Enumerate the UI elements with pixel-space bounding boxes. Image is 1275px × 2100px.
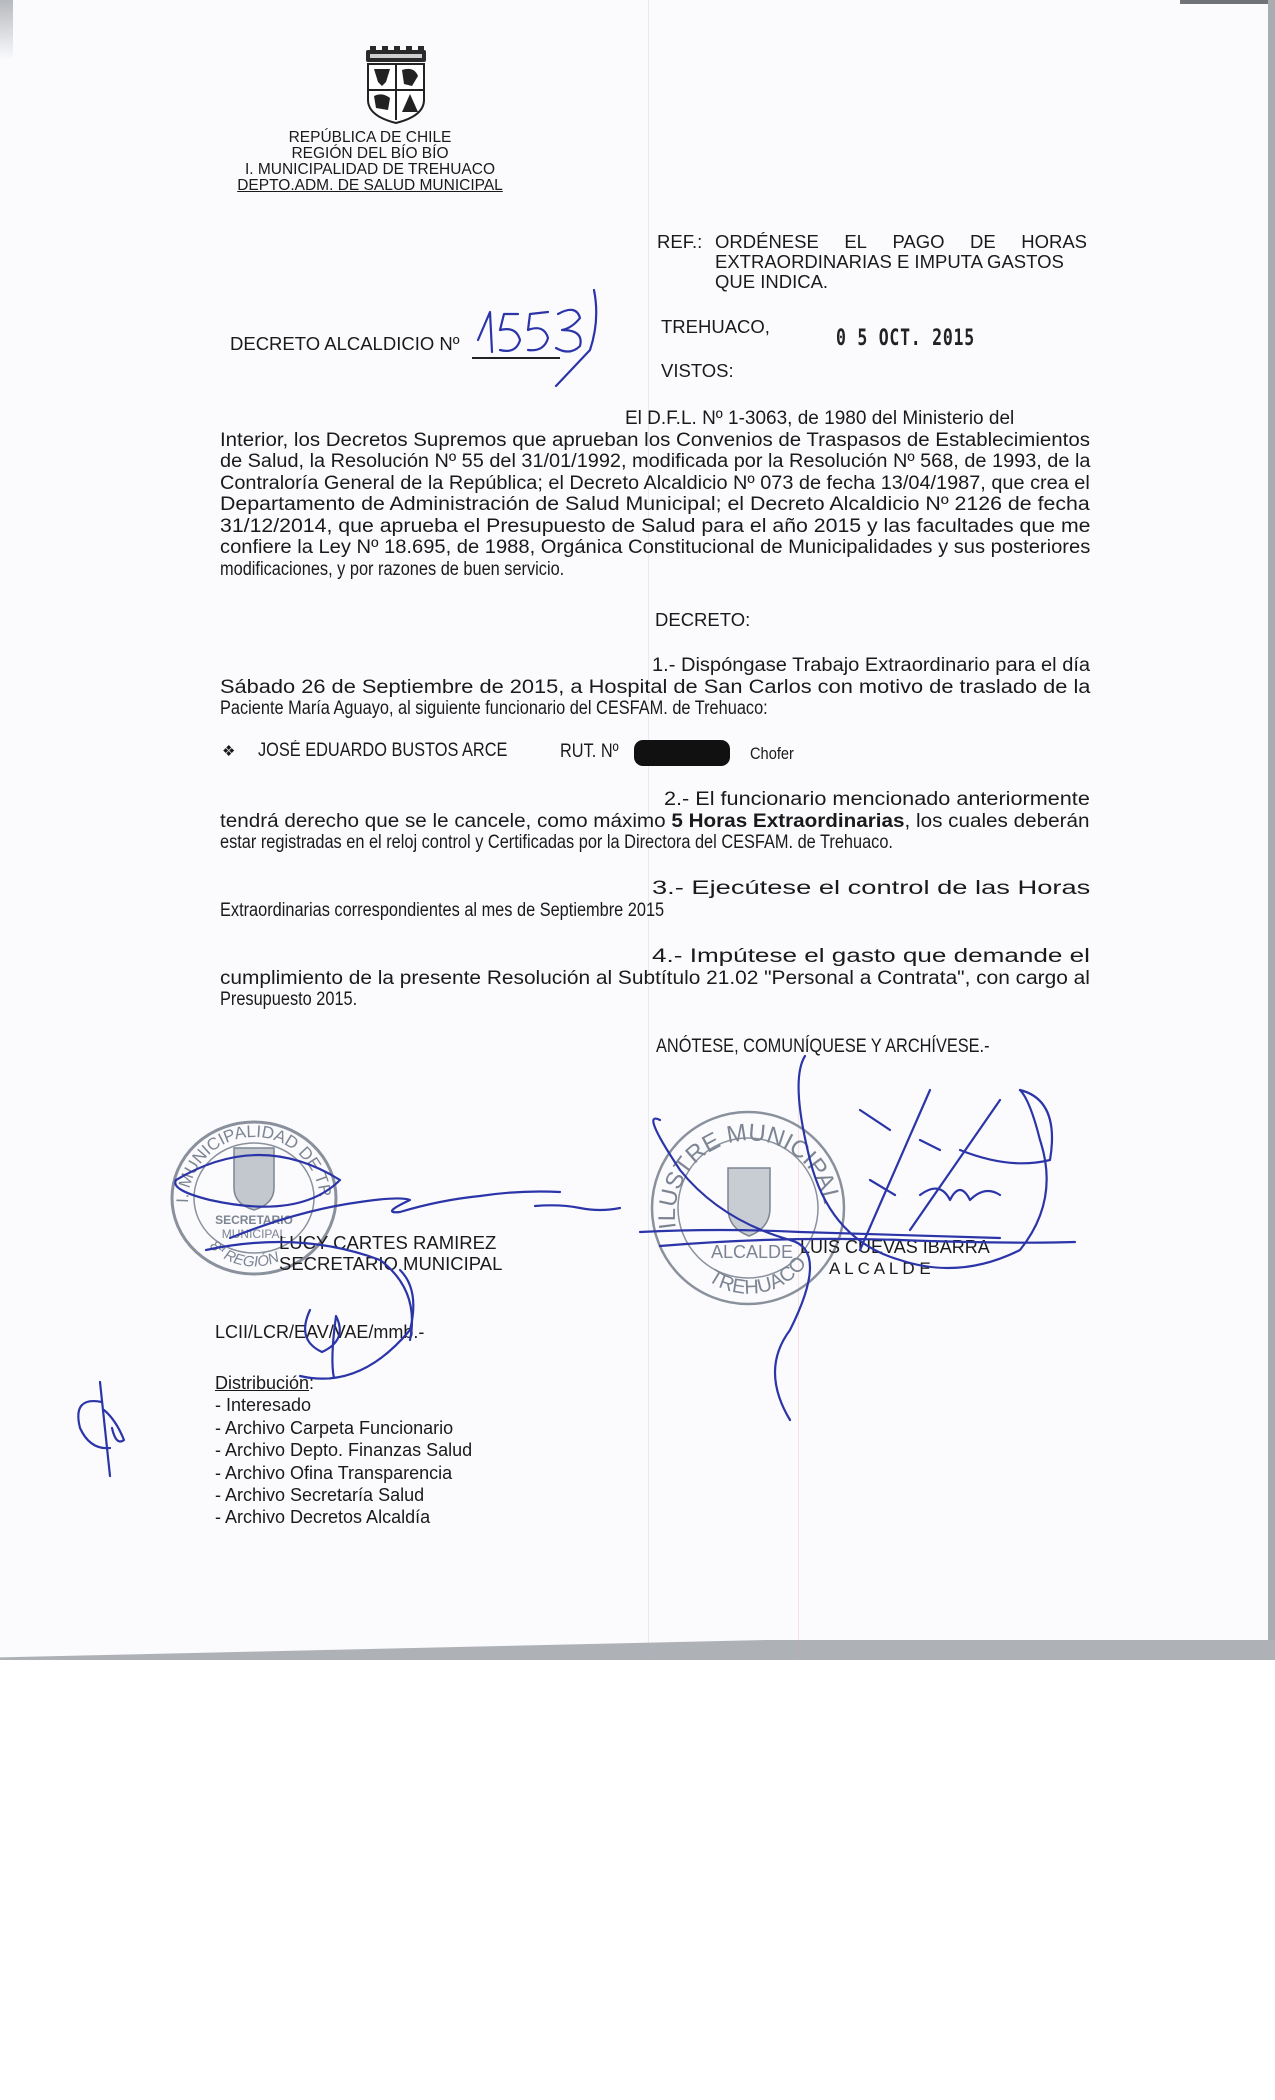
scan-edge-right	[1268, 0, 1275, 1660]
item-line: Extraordinarias correspondientes al mes …	[220, 900, 1090, 922]
institution-header: REPÚBLICA DE CHILE REGIÓN DEL BÍO BÍO I.…	[232, 130, 508, 194]
text-run: 3.- Ejecútese el control de las Horas	[652, 878, 1090, 900]
text-run: tendrá derecho que se le cancele, como m…	[220, 811, 1089, 833]
secretary-name: LUCY CARTES RAMIREZ	[279, 1232, 496, 1253]
item-line: cumplimiento de la presente Resolución a…	[220, 968, 1090, 990]
distribution-heading: Distribución:	[215, 1372, 472, 1394]
reference-line-1: ORDÉNESE EL PAGO DE HORAS	[715, 232, 1087, 252]
reference-line-2: EXTRAORDINARIAS E IMPUTA GASTOS	[715, 252, 1064, 272]
decreto-heading: DECRETO:	[655, 610, 750, 630]
mayor-seal-icon: ILUSTRE MUNICIPALIDAD TREHUACO ALCALDE	[648, 1108, 848, 1308]
item-line: 2.- El funcionario mencionado anteriorme…	[220, 789, 1090, 811]
vistos-line: de Salud, la Resolución Nº 55 del 31/01/…	[220, 451, 1090, 473]
item-line: Presupuesto 2015.	[220, 989, 1090, 1011]
employee-name: JOSÉ EDUARDO BUSTOS ARCE	[258, 741, 507, 761]
item-line: 1.- Dispóngase Trabajo Extraordinario pa…	[220, 655, 1090, 677]
ref-word: EL	[844, 232, 867, 252]
text-run: Extraordinarias correspondientes al mes …	[220, 900, 664, 922]
text-run: , los cuales deberán	[905, 811, 1090, 832]
mayor-title: A L C A L D E	[829, 1258, 931, 1279]
item-line: tendrá derecho que se le cancele, como m…	[220, 811, 1090, 833]
scan-edge-left	[0, 0, 13, 60]
distribution-list: Distribución: - Interesado - Archivo Car…	[215, 1372, 472, 1529]
employee-role: Chofer	[750, 744, 794, 764]
distribution-item: - Archivo Ofina Transparencia	[215, 1462, 472, 1484]
scan-edge-bottom	[0, 1640, 1275, 1660]
distribution-item: - Interesado	[215, 1394, 472, 1416]
reference-label: REF.:	[657, 232, 702, 252]
coat-of-arms-icon	[362, 46, 430, 124]
text-run: Contraloría General de la República; el …	[220, 473, 1090, 495]
ref-word: PAGO	[892, 232, 944, 252]
header-region: REGIÓN DEL BÍO BÍO	[232, 146, 508, 162]
item-line: Paciente María Aguayo, al siguiente func…	[220, 698, 1090, 720]
text-run: 2.- El funcionario mencionado anteriorme…	[664, 789, 1090, 811]
item-line: 3.- Ejecútese el control de las Horas	[220, 878, 1090, 900]
text-run: confiere la Ley Nº 18.695, de 1988, Orgá…	[220, 537, 1090, 559]
rut-label: RUT. Nº	[560, 742, 619, 762]
scan-edge-top	[1180, 0, 1275, 4]
svg-text:MUNICIPAL: MUNICIPAL	[222, 1227, 287, 1241]
rut-redaction	[634, 740, 730, 766]
secretary-title: SECRETARIO MUNICIPAL	[279, 1253, 502, 1274]
reference-line-3: QUE INDICA.	[715, 272, 828, 292]
ref-word: HORAS	[1021, 232, 1087, 252]
svg-text:SECRETARIO: SECRETARIO	[215, 1213, 293, 1227]
text-run: cumplimiento de la presente Resolución a…	[220, 968, 1090, 990]
decreto-item-4: 4.- Impútese el gasto que demande el cum…	[220, 946, 1090, 1011]
text-run: 31/12/2014, que aprueba el Presupuesto d…	[220, 516, 1091, 538]
vistos-line: 31/12/2014, que aprueba el Presupuesto d…	[220, 516, 1090, 538]
decreto-item-1: 1.- Dispóngase Trabajo Extraordinario pa…	[220, 655, 1090, 720]
vistos-line: El D.F.L. Nº 1-3063, de 1980 del Ministe…	[220, 408, 1090, 430]
vistos-line: Departamento de Administración de Salud …	[220, 494, 1090, 516]
decree-number-label: DECRETO ALCALDICIO Nº	[230, 334, 460, 354]
item-line: estar registradas en el reloj control y …	[220, 832, 1090, 854]
text-run: estar registradas en el reloj control y …	[220, 832, 893, 854]
item-line: Sábado 26 de Septiembre de 2015, a Hospi…	[220, 677, 1090, 699]
svg-text:ALCALDE: ALCALDE	[711, 1242, 793, 1262]
text-run: Interior, los Decretos Supremos que apru…	[220, 430, 1090, 452]
bold-text: 5 Horas Extraordinarias	[671, 811, 904, 832]
ref-word: ORDÉNESE	[715, 232, 819, 252]
text-run: 1.- Dispóngase Trabajo Extraordinario pa…	[652, 655, 1090, 677]
vistos-line: modificaciones, y por razones de buen se…	[220, 559, 1090, 581]
decreto-item-2: 2.- El funcionario mencionado anteriorme…	[220, 789, 1090, 854]
ref-word: DE	[970, 232, 996, 252]
closing-formula: ANÓTESE, COMUNÍQUESE Y ARCHÍVESE.-	[656, 1037, 990, 1057]
text-run: Paciente María Aguayo, al siguiente func…	[220, 698, 768, 720]
distribution-item: - Archivo Depto. Finanzas Salud	[215, 1439, 472, 1461]
header-department: DEPTO.ADM. DE SALUD MUNICIPAL	[232, 178, 508, 194]
text-run: Sábado 26 de Septiembre de 2015, a Hospi…	[220, 677, 1090, 699]
place-label: TREHUACO,	[661, 317, 770, 337]
vistos-line: confiere la Ley Nº 18.695, de 1988, Orgá…	[220, 537, 1090, 559]
vistos-line: Interior, los Decretos Supremos que apru…	[220, 430, 1090, 452]
header-municipality: I. MUNICIPALIDAD DE TREHUACO	[232, 162, 508, 178]
diamond-bullet-icon: ❖	[222, 742, 235, 762]
vistos-line: Contraloría General de la República; el …	[220, 473, 1090, 495]
distribution-item: - Archivo Carpeta Funcionario	[215, 1417, 472, 1439]
vistos-heading: VISTOS:	[661, 361, 734, 381]
decree-number-line	[472, 357, 560, 359]
distribution-item: - Archivo Decretos Alcaldía	[215, 1506, 472, 1528]
text-run: tendrá derecho que se le cancele, como m…	[220, 811, 671, 832]
text-run: 4.- Impútese el gasto que demande el	[652, 946, 1090, 968]
text-run: modificaciones, y por razones de buen se…	[220, 559, 564, 581]
text-run: El D.F.L. Nº 1-3063, de 1980 del Ministe…	[625, 408, 1090, 430]
decreto-item-3: 3.- Ejecútese el control de las Horas Ex…	[220, 878, 1090, 921]
text-run: de Salud, la Resolución Nº 55 del 31/01/…	[220, 451, 1090, 473]
header-country: REPÚBLICA DE CHILE	[232, 130, 508, 146]
text-run: Departamento de Administración de Salud …	[220, 494, 1090, 516]
text-run: Presupuesto 2015.	[220, 989, 357, 1011]
distribution-item: - Archivo Secretaría Salud	[215, 1484, 472, 1506]
date-stamp: 0 5 OCT. 2015	[836, 326, 975, 351]
item-line: 4.- Impútese el gasto que demande el	[220, 946, 1090, 968]
mayor-name: LUIS CUEVAS IBARRA	[800, 1237, 990, 1258]
initials-reference: LCII/LCR/EAV/VAE/mmb.-	[215, 1322, 424, 1342]
vistos-paragraph: El D.F.L. Nº 1-3063, de 1980 del Ministe…	[220, 408, 1090, 580]
heading-text: Distribución	[215, 1373, 309, 1393]
